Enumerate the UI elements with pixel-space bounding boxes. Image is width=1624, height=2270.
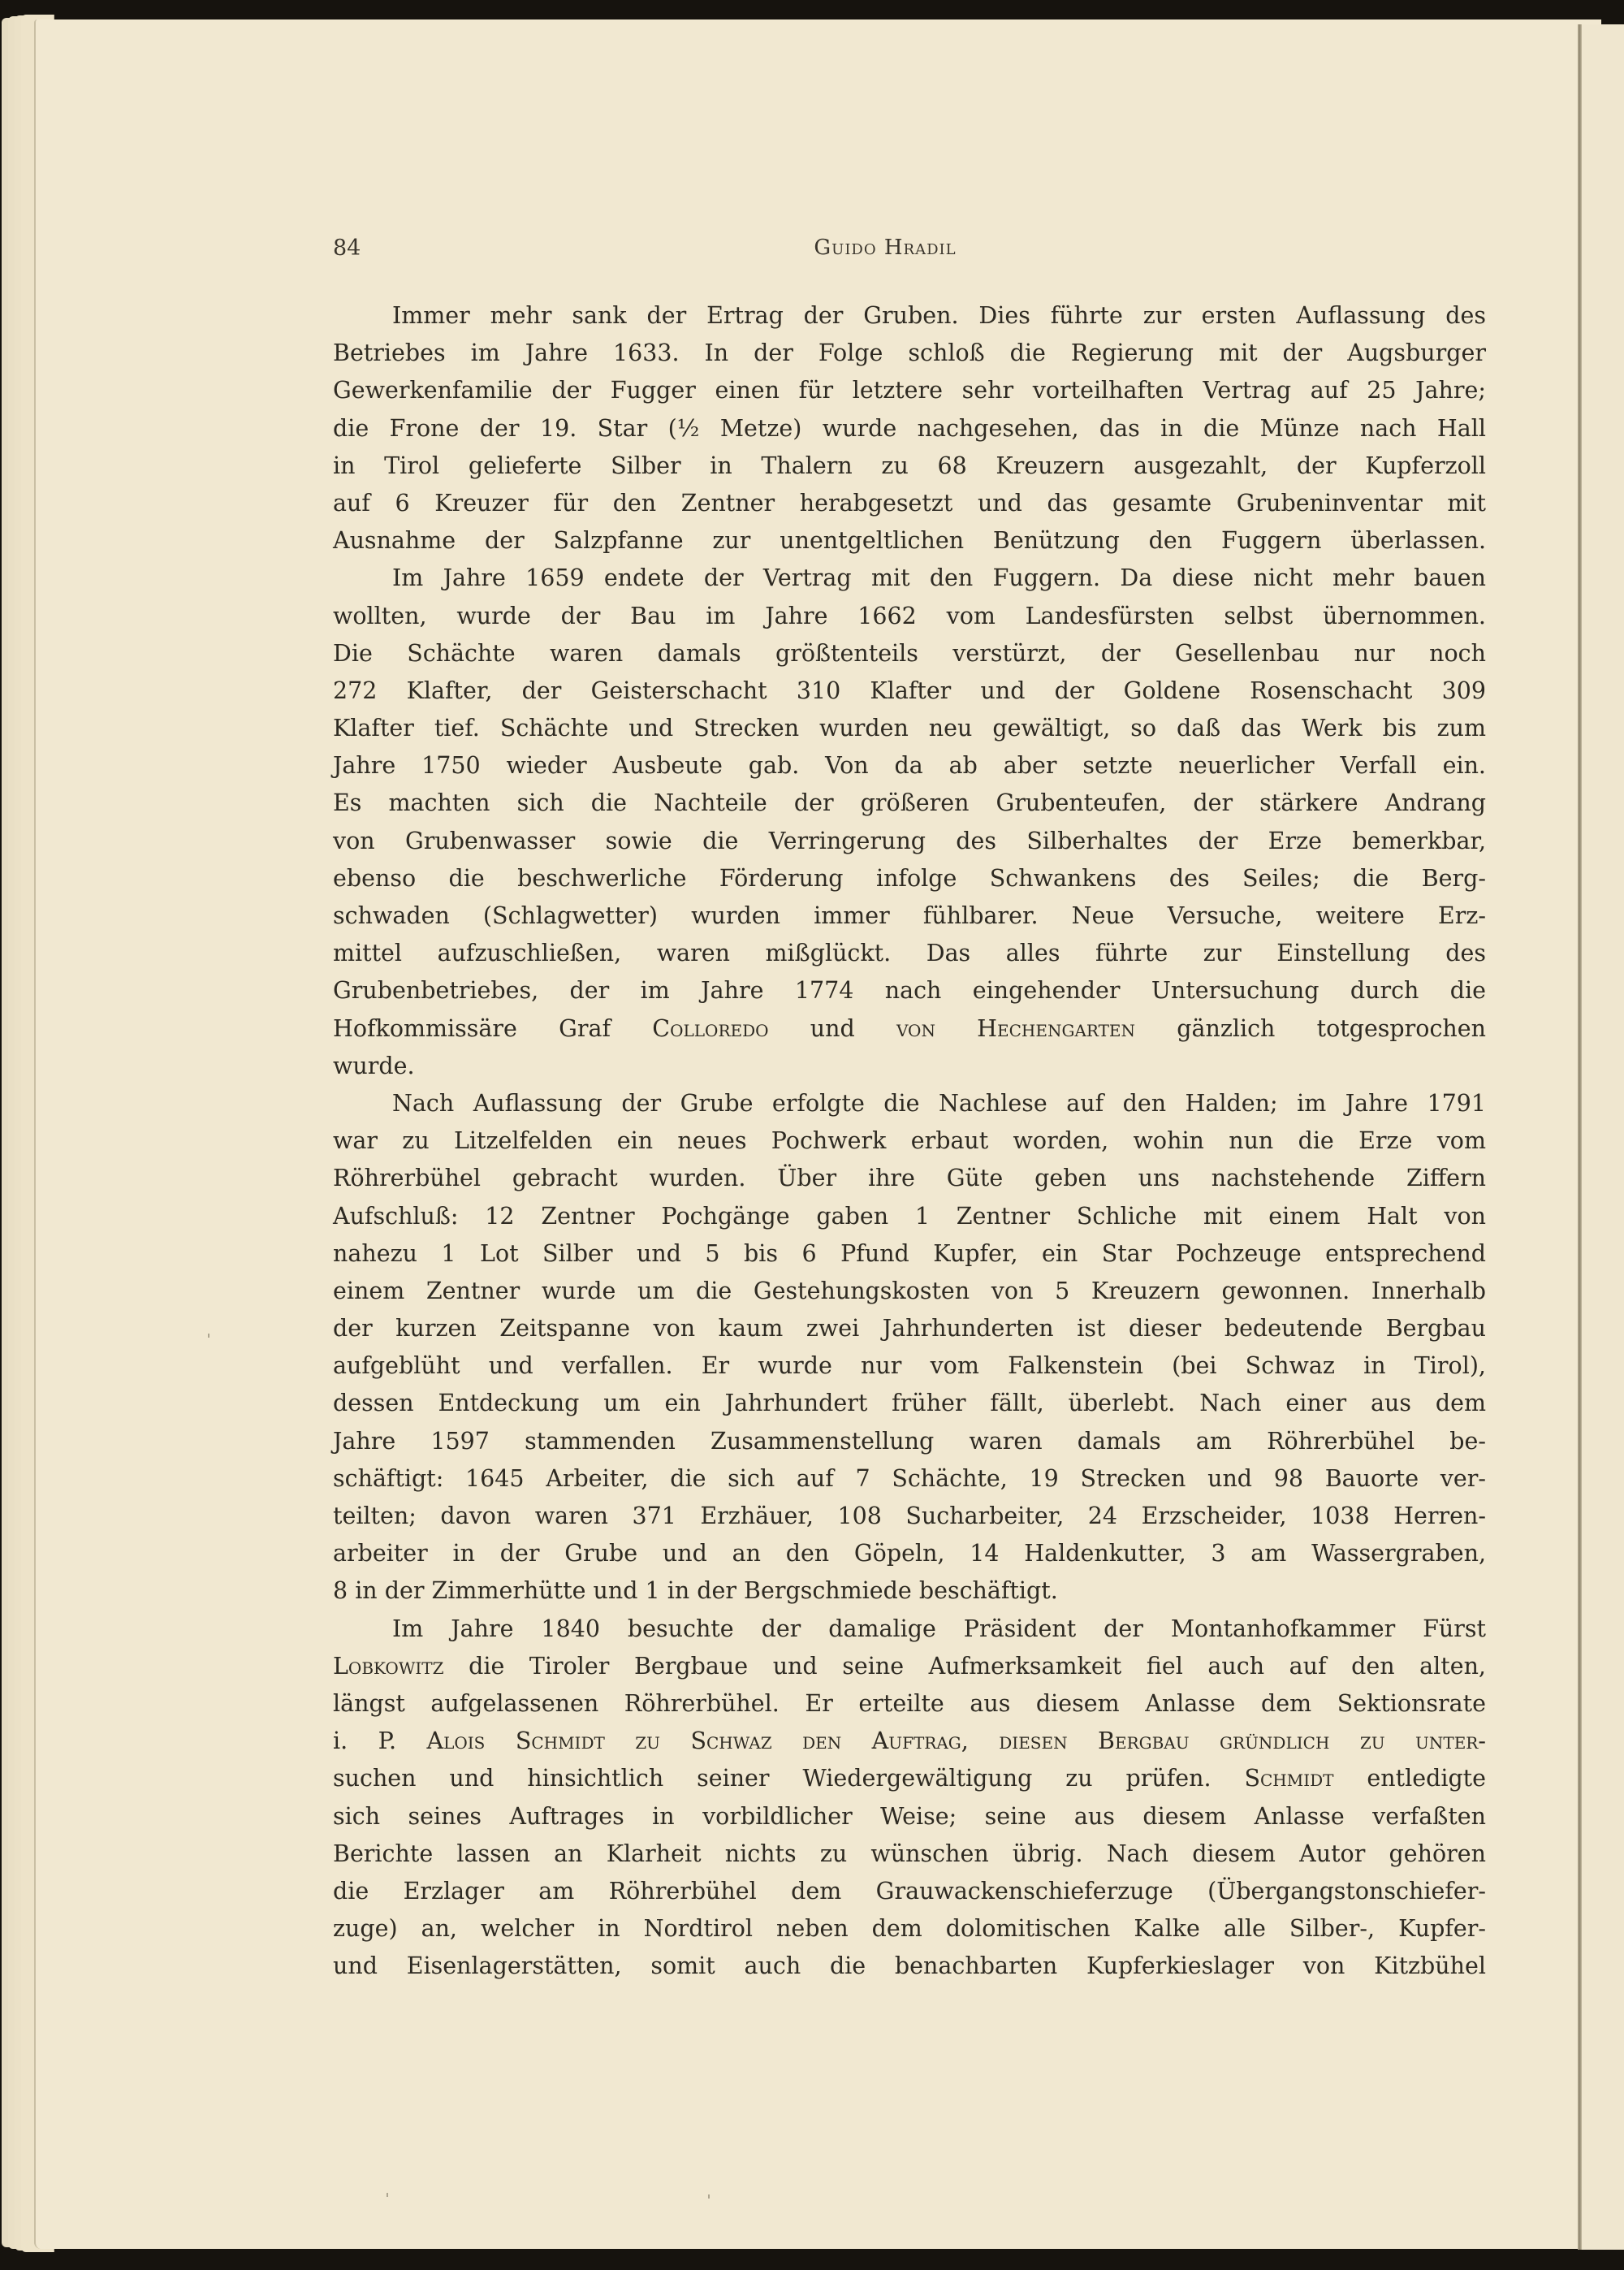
text-line: Gewerkenfamilie der Fugger einen für let…: [333, 372, 1486, 409]
text-line: Lobkowitz die Tiroler Bergbaue und seine…: [333, 1648, 1486, 1685]
text-line: Es machten sich die Nachteile der größer…: [333, 785, 1486, 822]
text-line: aufgeblüht und verfallen. Er wurde nur v…: [333, 1347, 1486, 1385]
text-line: zuge) an, welcher in Nordtirol neben dem…: [333, 1910, 1486, 1948]
text-line: Betriebes im Jahre 1633. In der Folge sc…: [333, 335, 1486, 372]
small-caps-name: Schmidt: [516, 1727, 605, 1754]
scanned-book-page: 84 Guido Hradil Immer mehr sank der Ertr…: [0, 0, 1624, 2270]
text-line: Jahre 1750 wieder Ausbeute gab. Von da a…: [333, 747, 1486, 785]
text-line: war zu Litzelfelden ein neues Pochwerk e…: [333, 1122, 1486, 1160]
text-line: 272 Klafter, der Geisterschacht 310 Klaf…: [333, 672, 1486, 710]
text-line: längst aufgelassenen Röhrerbühel. Er ert…: [333, 1685, 1486, 1723]
page-header: 84 Guido Hradil: [333, 236, 1486, 268]
text-line: wurde.: [333, 1048, 1486, 1085]
text-line: Die Schächte waren damals größtenteils v…: [333, 635, 1486, 672]
text-line: von Grubenwasser sowie die Verringerung …: [333, 823, 1486, 860]
paragraph: Im Jahre 1659 endete der Vertrag mit den…: [333, 560, 1486, 1085]
small-caps-name: Schmidt: [1244, 1765, 1333, 1792]
text-line: Hofkommissäre Graf Colloredo und von Hec…: [333, 1010, 1486, 1048]
text-line: sich seines Auftrages in vorbildlicher W…: [333, 1798, 1486, 1835]
facing-page-edge: [1582, 24, 1624, 2250]
paper-speck: [387, 2193, 388, 2197]
small-caps-name: Alois Schmidt zu Schwaz den Auftrag, die…: [427, 1727, 1486, 1754]
text-line: und Eisenlagerstätten, somit auch die be…: [333, 1948, 1486, 1985]
text-line: Im Jahre 1659 endete der Vertrag mit den…: [333, 560, 1486, 597]
small-caps-name: von Hechengarten: [896, 1015, 1135, 1042]
text-line: Jahre 1597 stammenden Zusammenstellung w…: [333, 1423, 1486, 1460]
text-line: einem Zentner wurde um die Gestehungskos…: [333, 1273, 1486, 1310]
text-line: ebenso die beschwerliche Förderung infol…: [333, 860, 1486, 897]
text-line: Ausnahme der Salzpfanne zur unentgeltlic…: [333, 522, 1486, 560]
text-line: Im Jahre 1840 besuchte der damalige Präs…: [333, 1611, 1486, 1648]
text-line: nahezu 1 Lot Silber und 5 bis 6 Pfund Ku…: [333, 1235, 1486, 1273]
text-line: dessen Entdeckung um ein Jahrhundert frü…: [333, 1385, 1486, 1422]
paper-speck: [708, 2194, 710, 2199]
text-line: auf 6 Kreuzer für den Zentner herabgeset…: [333, 485, 1486, 522]
small-caps-name: Colloredo: [652, 1015, 768, 1042]
text-line: Röhrerbühel gebracht wurden. Über ihre G…: [333, 1160, 1486, 1197]
text-line: 8 in der Zimmerhütte und 1 in der Bergsc…: [333, 1572, 1486, 1610]
text-line: arbeiter in der Grube und an den Göpeln,…: [333, 1535, 1486, 1572]
text-line: die Frone der 19. Star (½ Metze) wurde n…: [333, 410, 1486, 448]
text-line: Immer mehr sank der Ertrag der Gruben. D…: [333, 297, 1486, 335]
text-line: in Tirol gelieferte Silber in Thalern zu…: [333, 448, 1486, 485]
text-line: schäftigt: 1645 Arbeiter, die sich auf 7…: [333, 1460, 1486, 1498]
text-line: der kurzen Zeitspanne von kaum zwei Jahr…: [333, 1310, 1486, 1347]
text-line: i. P. Alois Schmidt zu Schwaz den Auftra…: [333, 1723, 1486, 1760]
paragraph: Immer mehr sank der Ertrag der Gruben. D…: [333, 297, 1486, 560]
paper-speck: [208, 1334, 209, 1338]
text-line: suchen und hinsichtlich seiner Wiedergew…: [333, 1760, 1486, 1797]
text-line: die Erzlager am Röhrerbühel dem Grauwack…: [333, 1873, 1486, 1910]
text-line: schwaden (Schlagwetter) wurden immer füh…: [333, 897, 1486, 935]
text-line: wollten, wurde der Bau im Jahre 1662 vom…: [333, 598, 1486, 635]
running-title: Guido Hradil: [333, 236, 1486, 260]
text-line: Aufschluß: 12 Zentner Pochgänge gaben 1 …: [333, 1198, 1486, 1235]
small-caps-name: Lobkowitz: [333, 1653, 444, 1680]
text-line: mittel aufzuschließen, waren mißglückt. …: [333, 935, 1486, 972]
body-text: Immer mehr sank der Ertrag der Gruben. D…: [333, 297, 1486, 1985]
paragraph: Nach Auflassung der Grube erfolgte die N…: [333, 1085, 1486, 1611]
text-line: Nach Auflassung der Grube erfolgte die N…: [333, 1085, 1486, 1122]
text-line: Berichte lassen an Klarheit nichts zu wü…: [333, 1835, 1486, 1873]
text-line: teilten; davon waren 371 Erzhäuer, 108 S…: [333, 1498, 1486, 1535]
paragraph: Im Jahre 1840 besuchte der damalige Präs…: [333, 1611, 1486, 1986]
text-line: Klafter tief. Schächte und Strecken wurd…: [333, 710, 1486, 747]
text-line: Grubenbetriebes, der im Jahre 1774 nach …: [333, 972, 1486, 1010]
